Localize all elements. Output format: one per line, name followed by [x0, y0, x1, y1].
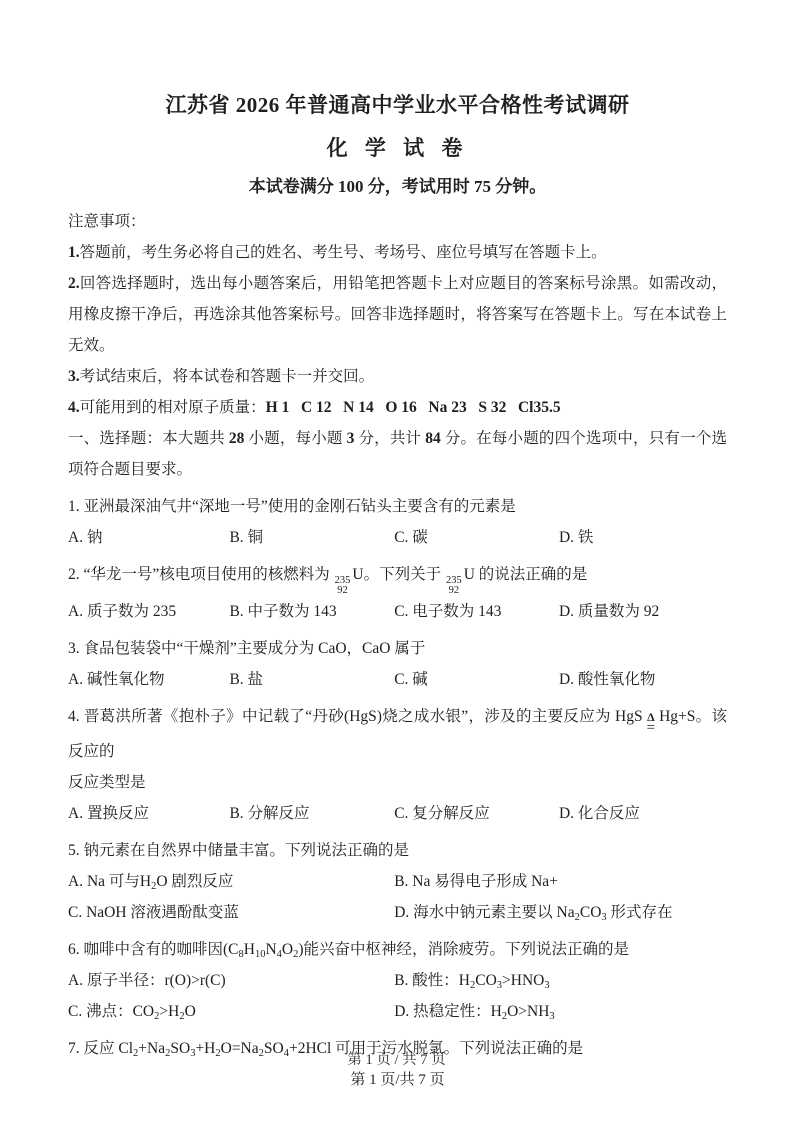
question: 6. 咖啡中含有的咖啡因(C8H10N4O2)能兴奋中枢神经，消除疲劳。下列说法… [68, 934, 727, 1027]
text-run: D. 酸性氧化物 [559, 671, 655, 688]
text-run: 5. 钠元素在自然界中储量丰富。下列说法正确的是 [68, 842, 409, 859]
notice-item: 3.考试结束后，将本试卷和答题卡一并交回。 [68, 361, 727, 392]
text-run: )能兴奋中枢神经，消除疲劳。下列说法正确的是 [298, 941, 629, 958]
text-run: 答题前，考生务必将自己的姓名、考生号、考场号、座位号填写在答题卡上。 [80, 244, 607, 261]
text-run: CO [580, 904, 602, 921]
text-run: 3 [544, 980, 549, 991]
text-run: 4. 晋葛洪所著《抱朴子》中记载了“丹砂(HgS)烧之成水银”，涉及的主要反应为… [68, 708, 643, 725]
question-stem: 2. “华龙一号”核电项目使用的核燃料为 23592U。下列关于 23592U … [68, 559, 727, 596]
text-run: 考试结束后，将本试卷和答题卡一并交回。 [80, 368, 375, 385]
options-row: A. 置换反应B. 分解反应C. 复分解反应D. 化合反应 [68, 798, 727, 829]
uranium-nuclide-notation: 23592 [446, 576, 462, 596]
text-run: 3. 食品包装袋中“干燥剂”主要成分为 CaO，CaO 属于 [68, 640, 425, 657]
text-run: B. 酸性：H [394, 972, 470, 989]
option: A. 原子半径：r(O)>r(C) [68, 965, 394, 996]
text-run: B. 分解反应 [229, 805, 309, 822]
option: A. Na 可与H2O 剧烈反应 [68, 866, 394, 897]
question-stem: 反应类型是 [68, 767, 727, 798]
text-run: C. 碳 [394, 529, 428, 546]
text-run: 10 [255, 949, 266, 960]
text-run: 一、选择题：本大题共 [68, 430, 229, 447]
atomic-number: 92 [337, 586, 348, 596]
text-run: D. 质量数为 92 [559, 603, 659, 620]
option: D. 铁 [559, 522, 727, 553]
option: D. 质量数为 92 [559, 596, 727, 627]
notice-item: 2.回答选择题时，选出每小题答案后，用铅笔把答题卡上对应题目的答案标号涂黑。如需… [68, 268, 727, 361]
text-run: C. 复分解反应 [394, 805, 490, 822]
options-row: A. Na 可与H2O 剧烈反应B. Na 易得电子形成 Na+C. NaOH … [68, 866, 727, 928]
options-row: A. 原子半径：r(O)>r(C)B. 酸性：H2CO3>HNO3C. 沸点：C… [68, 965, 727, 1027]
text-run: H [244, 941, 255, 958]
option: B. 铜 [229, 522, 394, 553]
text-run: 可能用到的相对原子质量： [80, 399, 266, 416]
notice-item: 4.可能用到的相对原子质量：H 1 C 12 N 14 O 16 Na 23 S… [68, 392, 727, 423]
option: A. 质子数为 235 [68, 596, 229, 627]
text-run: A. 原子半径：r(O)>r(C) [68, 972, 226, 989]
text-run: 分，共计 [354, 430, 425, 447]
question-stem: 3. 食品包装袋中“干燥剂”主要成分为 CaO，CaO 属于 [68, 633, 727, 664]
delta-over-equals-symbol: Δ= [647, 712, 655, 734]
option: D. 热稳定性：H2O>NH3 [394, 996, 727, 1027]
question: 1. 亚洲最深油气井“深地一号”使用的金刚石钻头主要含有的元素是A. 钠B. 铜… [68, 491, 727, 553]
option: C. 复分解反应 [394, 798, 559, 829]
page-number-footer: 第 1 页 / 共 7 页 [0, 1048, 793, 1069]
option: D. 海水中钠元素主要以 Na2CO3 形式存在 [394, 897, 727, 928]
option: C. 碱 [394, 664, 559, 695]
notice-list: 1.答题前，考生务必将自己的姓名、考生号、考场号、座位号填写在答题卡上。2.回答… [68, 237, 727, 423]
text-run: A. Na 可与H [68, 873, 151, 890]
text-run: D. 铁 [559, 529, 593, 546]
text-run: CO [475, 972, 497, 989]
text-run: 3 [549, 1011, 554, 1022]
option: D. 化合反应 [559, 798, 727, 829]
text-run: H 1 C 12 N 14 O 16 Na 23 S 32 Cl35.5 [266, 399, 561, 416]
text-run: 1. [68, 244, 80, 261]
text-run: 形式存在 [607, 904, 673, 921]
option: B. Na 易得电子形成 Na+ [394, 866, 727, 897]
uranium-nuclide-notation: 23592 [335, 576, 351, 596]
question: 3. 食品包装袋中“干燥剂”主要成分为 CaO，CaO 属于A. 碱性氧化物B.… [68, 633, 727, 695]
questions: 1. 亚洲最深油气井“深地一号”使用的金刚石钻头主要含有的元素是A. 钠B. 铜… [68, 491, 727, 1064]
exam-paper-page: 江苏省 2026 年普通高中学业水平合格性考试调研 化 学 试 卷 本试卷满分 … [0, 0, 793, 1094]
option: C. NaOH 溶液遇酚酞变蓝 [68, 897, 394, 928]
option: C. 碳 [394, 522, 559, 553]
text-run: 反应类型是 [68, 774, 146, 791]
text-run: C. 碱 [394, 671, 428, 688]
paper-subject: 化 学 试 卷 [68, 135, 727, 162]
text-run: D. 化合反应 [559, 805, 640, 822]
text-run: 回答选择题时，选出每小题答案后，用铅笔把答题卡上对应题目的答案标号涂黑。如需改动… [68, 275, 727, 354]
text-run: 3. [68, 368, 80, 385]
text-run: 4. [68, 399, 80, 416]
text-run: B. 铜 [229, 529, 263, 546]
text-run: 84 [425, 430, 441, 447]
option: B. 盐 [229, 664, 394, 695]
text-run: 小题，每小题 [244, 430, 346, 447]
section-heading: 一、选择题：本大题共 28 小题，每小题 3 分，共计 84 分。在每小题的四个… [68, 423, 727, 485]
text-run: A. 置换反应 [68, 805, 149, 822]
exam-info-line: 本试卷满分 100 分，考试用时 75 分钟。 [68, 176, 727, 198]
option: A. 钠 [68, 522, 229, 553]
question: 4. 晋葛洪所著《抱朴子》中记载了“丹砂(HgS)烧之成水银”，涉及的主要反应为… [68, 701, 727, 829]
question-stem: 5. 钠元素在自然界中储量丰富。下列说法正确的是 [68, 835, 727, 866]
text-run: C. 电子数为 143 [394, 603, 501, 620]
option: A. 置换反应 [68, 798, 229, 829]
equals-sign: = [647, 722, 655, 734]
options-row: A. 碱性氧化物B. 盐C. 碱D. 酸性氧化物 [68, 664, 727, 695]
text-run: B. 中子数为 143 [229, 603, 336, 620]
option: B. 中子数为 143 [229, 596, 394, 627]
page-number-inline: 第 1 页/共 7 页 [68, 1066, 727, 1094]
text-run: 28 [229, 430, 245, 447]
atomic-number: 92 [449, 586, 460, 596]
text-run: U。下列关于 [352, 566, 445, 583]
option: B. 酸性：H2CO3>HNO3 [394, 965, 727, 996]
text-run: D. 海水中钠元素主要以 Na [394, 904, 574, 921]
text-run: A. 钠 [68, 529, 102, 546]
option: C. 沸点：CO2>H2O [68, 996, 394, 1027]
text-run: >HNO [502, 972, 544, 989]
text-run: C. 沸点：CO [68, 1003, 154, 1020]
question-stem: 1. 亚洲最深油气井“深地一号”使用的金刚石钻头主要含有的元素是 [68, 491, 727, 522]
options-row: A. 质子数为 235B. 中子数为 143C. 电子数为 143D. 质量数为… [68, 596, 727, 627]
text-run: O [282, 941, 293, 958]
text-run: 1. 亚洲最深油气井“深地一号”使用的金刚石钻头主要含有的元素是 [68, 498, 516, 515]
text-run: 2. [68, 275, 80, 292]
question-stem: 6. 咖啡中含有的咖啡因(C8H10N4O2)能兴奋中枢神经，消除疲劳。下列说法… [68, 934, 727, 965]
text-run: O [185, 1003, 196, 1020]
paper-title: 江苏省 2026 年普通高中学业水平合格性考试调研 [68, 92, 727, 119]
option: B. 分解反应 [229, 798, 394, 829]
text-run: A. 质子数为 235 [68, 603, 176, 620]
text-run: O>NH [507, 1003, 549, 1020]
text-run: A. 碱性氧化物 [68, 671, 164, 688]
text-run: N [265, 941, 276, 958]
question: 5. 钠元素在自然界中储量丰富。下列说法正确的是A. Na 可与H2O 剧烈反应… [68, 835, 727, 928]
question: 2. “华龙一号”核电项目使用的核燃料为 23592U。下列关于 23592U … [68, 559, 727, 627]
text-run: 2. “华龙一号”核电项目使用的核燃料为 [68, 566, 334, 583]
notice-item: 1.答题前，考生务必将自己的姓名、考生号、考场号、座位号填写在答题卡上。 [68, 237, 727, 268]
option: C. 电子数为 143 [394, 596, 559, 627]
text-run: U 的说法正确的是 [464, 566, 588, 583]
question-stem: 4. 晋葛洪所著《抱朴子》中记载了“丹砂(HgS)烧之成水银”，涉及的主要反应为… [68, 701, 727, 767]
notice-heading: 注意事项： [68, 206, 727, 237]
text-run: O 剧烈反应 [156, 873, 233, 890]
text-run: C. NaOH 溶液遇酚酞变蓝 [68, 904, 239, 921]
text-run: >H [159, 1003, 179, 1020]
text-run: B. Na 易得电子形成 Na+ [394, 873, 558, 890]
text-run: D. 热稳定性：H [394, 1003, 502, 1020]
text-run: 6. 咖啡中含有的咖啡因(C [68, 941, 239, 958]
option: A. 碱性氧化物 [68, 664, 229, 695]
text-run: B. 盐 [229, 671, 263, 688]
option: D. 酸性氧化物 [559, 664, 727, 695]
options-row: A. 钠B. 铜C. 碳D. 铁 [68, 522, 727, 553]
